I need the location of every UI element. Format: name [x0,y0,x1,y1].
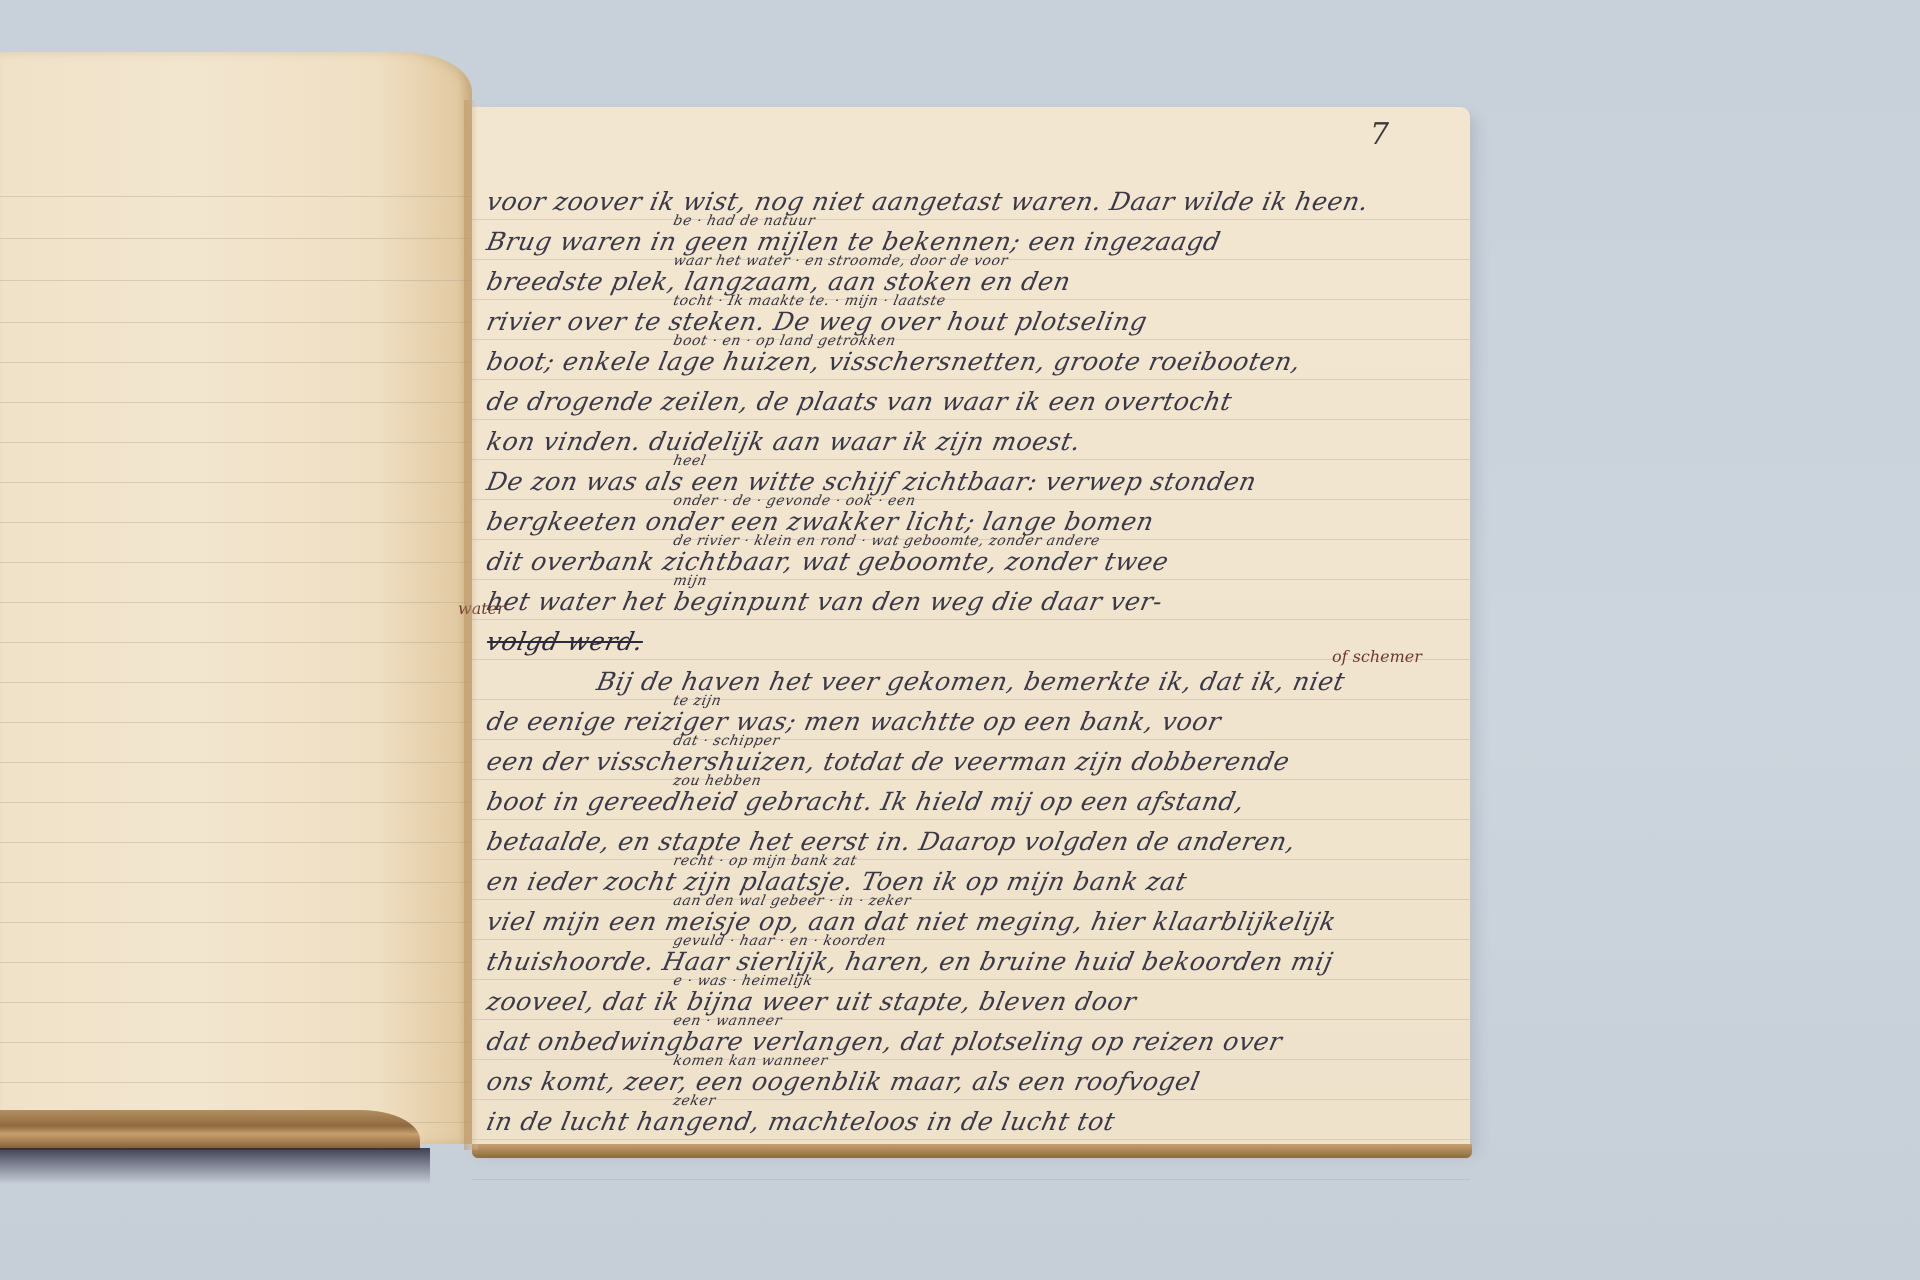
ruled-line [0,196,472,197]
page-number: 7 [1370,117,1389,152]
interlinear-insertion: aan den wal gebeer · in · zeker [672,893,913,909]
manuscript-line: boot · en · op land getrokkenboot; enkel… [482,347,1304,387]
line-text: dat onbedwingbare verlangen, dat plotsel… [484,1027,1285,1056]
interlinear-insertion: tocht · Ik maakte te. · mijn · laatste [672,293,947,309]
interlinear-insertion: een · wanneer [672,1013,784,1029]
ruled-line [472,379,1470,380]
right-page-stack-edge [472,1144,1472,1158]
manuscript-line: voor zoover ik wist, nog niet aangetast … [482,187,1372,227]
line-text: en ieder zocht zijn plaatsje. Toen ik op… [484,867,1190,896]
ruled-line [0,882,472,883]
ruled-line [0,442,472,443]
ruled-line [472,739,1470,740]
manuscript-line: volgd werd. [482,627,646,667]
manuscript-line: e · was · heimelijkzooveel, dat ik bijna… [482,987,1139,1027]
manuscript-line: aan den wal gebeer · in · zekerviel mijn… [482,907,1339,947]
ruled-line [472,979,1470,980]
ruled-line [0,1002,472,1003]
ruled-line [0,522,472,523]
line-text: viel mijn een meisje op, aan dat niet me… [484,907,1339,936]
line-text: de drogende zeilen, de plaats van waar i… [484,387,1235,416]
ruled-line [472,539,1470,540]
interlinear-insertion: be · had de natuur [672,213,817,229]
ruled-line [0,922,472,923]
interlinear-insertion: te zijn [672,693,723,709]
line-text: een der visschershuizen, totdat de veerm… [484,747,1293,776]
ruled-line [472,219,1470,220]
notebook-photo: 7 voor zoover ik wist, nog niet aangetas… [0,0,1920,1280]
manuscript-line: gevuld · haar · en · koordenthuishoorde.… [482,947,1336,987]
ruled-line [472,259,1470,260]
ruled-line [0,1082,472,1083]
ruled-line [472,499,1470,500]
ruled-line [0,842,472,843]
interlinear-insertion: zou hebben [672,773,763,789]
manuscript-line: komen kan wanneerons komt, zeer, een oog… [482,1067,1203,1107]
ruled-line [472,299,1470,300]
line-text: Brug waren in geen mijlen te bekennen; e… [484,227,1223,256]
interlinear-insertion: dat · schipper [672,733,782,749]
line-text: bergkeeten onder een zwakker licht; lang… [484,507,1157,536]
ruled-line [472,1179,1470,1180]
line-text: in de lucht hangend, machteloos in de lu… [484,1107,1118,1136]
interlinear-insertion: heel [672,453,708,469]
ruled-line [472,459,1470,460]
ruled-line [472,859,1470,860]
manuscript-line: Bij de haven het veer gekomen, bemerkte … [482,667,1348,707]
ruled-line [0,280,472,281]
manuscript-line: betaalde, en stapte het eerst in. Daarop… [482,827,1299,867]
left-page-stack-edge [0,1110,420,1150]
line-text: boot in gereedheid gebracht. Ik hield mi… [484,787,1247,816]
ruled-line [472,1019,1470,1020]
ruled-line [472,339,1470,340]
ruled-line [0,642,472,643]
interlinear-insertion: e · was · heimelijk [672,973,814,989]
line-text: thuishoorde. Haar sierlijk, haren, en br… [484,947,1336,976]
interlinear-insertion: mijn [672,573,709,589]
ruled-line [0,682,472,683]
ruled-line [472,1099,1470,1100]
line-text: rivier over te steken. De weg over hout … [484,307,1150,336]
right-page: 7 voor zoover ik wist, nog niet aangetas… [472,107,1470,1147]
line-text: de eenige reiziger was; men wachtte op e… [484,707,1224,736]
ruled-line [472,899,1470,900]
manuscript-line: de rivier · klein en rond · wat geboomte… [482,547,1172,587]
interlinear-insertion: onder · de · gevonde · ook · een [672,493,917,509]
line-text: breedste plek, langzaam, aan stoken en d… [484,267,1073,296]
left-page [0,52,472,1144]
ruled-line [0,962,472,963]
manuscript-line: te zijnde eenige reiziger was; men wacht… [482,707,1224,747]
manuscript-line: dat · schippereen der visschershuizen, t… [482,747,1293,787]
line-text: kon vinden. duidelijk aan waar ik zijn m… [484,427,1084,456]
line-text: volgd werd. [484,627,646,656]
interlinear-insertion: de rivier · klein en rond · wat geboomte… [672,533,1102,549]
ruled-line [472,619,1470,620]
ruled-line [0,722,472,723]
ruled-line [0,362,472,363]
interlinear-insertion: zeker [672,1093,718,1109]
line-text: voor zoover ik wist, nog niet aangetast … [484,187,1371,216]
line-text: boot; enkele lage huizen, visschersnette… [484,347,1304,376]
ruled-line [472,659,1470,660]
manuscript-line: de drogende zeilen, de plaats van waar i… [482,387,1235,427]
interlinear-insertion: waar het water · en stroomde, door de vo… [672,253,1010,269]
ruled-line [0,602,472,603]
ruled-line [472,779,1470,780]
line-text: De zon was als een witte schijf zichtbaa… [484,467,1259,496]
ruled-line [472,699,1470,700]
ruled-line [0,1042,472,1043]
manuscript-line: zou hebbenboot in gereedheid gebracht. I… [482,787,1248,827]
manuscript-line: kon vinden. duidelijk aan waar ik zijn m… [482,427,1084,467]
manuscript-line: mijnhet water het beginpunt van den weg … [482,587,1166,627]
ruled-line [0,482,472,483]
ruled-line [472,1139,1470,1140]
ruled-line [472,1059,1470,1060]
ruled-line [472,819,1470,820]
line-text: het water het beginpunt van den weg die … [484,587,1165,616]
line-text: Bij de haven het veer gekomen, bemerkte … [594,667,1348,696]
ruled-line [0,402,472,403]
ruled-line [0,238,472,239]
interlinear-insertion: recht · op mijn bank zat [672,853,859,869]
ruled-line [0,562,472,563]
interlinear-insertion: gevuld · haar · en · koorden [672,933,888,949]
ruled-line [0,322,472,323]
ruled-line [0,762,472,763]
notebook-shadow [0,1148,430,1184]
line-text: zooveel, dat ik bijna weer uit stapte, b… [484,987,1139,1016]
notebook-spine [464,100,478,1150]
ruled-line [0,802,472,803]
ruled-line [472,579,1470,580]
manuscript-line: een · wanneerdat onbedwingbare verlangen… [482,1027,1285,1067]
ruled-line [472,939,1470,940]
interlinear-insertion: komen kan wanneer [672,1053,829,1069]
manuscript-line: zekerin de lucht hangend, machteloos in … [482,1107,1118,1147]
margin-note: of schemer [1332,647,1422,666]
interlinear-insertion: boot · en · op land getrokken [672,333,898,349]
ruled-line [472,419,1470,420]
line-text: betaalde, en stapte het eerst in. Daarop… [484,827,1298,856]
line-text: ons komt, zeer, een oogenblik maar, als … [484,1067,1203,1096]
line-text: dit overbank zichtbaar, wat geboomte, zo… [484,547,1172,576]
